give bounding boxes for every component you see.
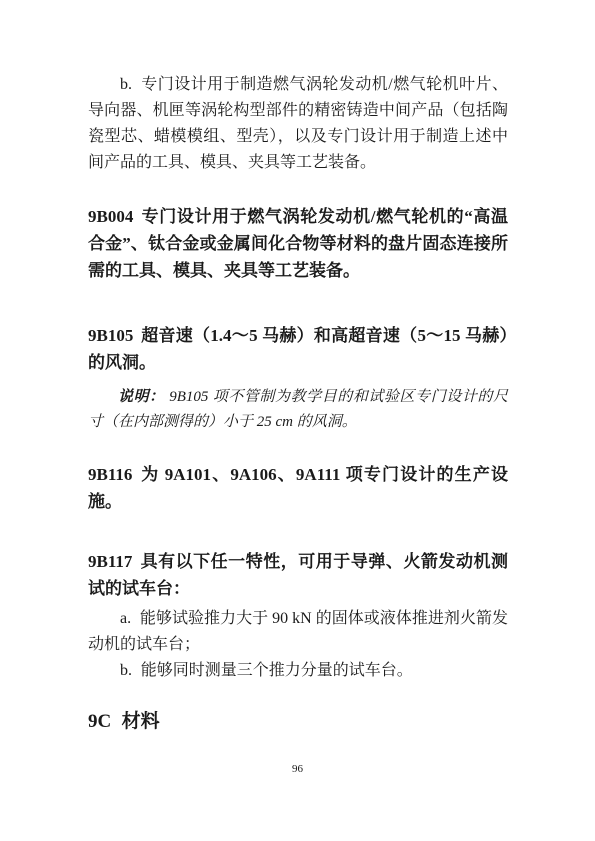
item-b2-label: b. <box>120 662 132 679</box>
entry-9B117-heading: 9B117具有以下任一特性，可用于导弹、火箭发动机测试的试车台： <box>88 548 508 602</box>
entry-9B117-code: 9B117 <box>88 552 132 571</box>
chapter-9C-title: 材料 <box>122 711 160 732</box>
entry-9B116-title: 为 9A101、9A106、9A111 项专门设计的生产设施。 <box>88 465 508 511</box>
entry-9B105-code: 9B105 <box>88 326 133 345</box>
paragraph-item-b-continuation: b.专门设计用于制造燃气涡轮发动机/燃气轮机叶片、导向器、机匣等涡轮构型部件的精… <box>88 72 508 176</box>
chapter-9C-code: 9C <box>88 711 111 732</box>
entry-9B105-note: 说明：9B105 项不管制为教学目的和试验区专门设计的尺寸（在内部测得的）小于 … <box>88 385 508 435</box>
item-b-text: 专门设计用于制造燃气涡轮发动机/燃气轮机叶片、导向器、机匣等涡轮构型部件的精密铸… <box>88 76 508 171</box>
note-label: 说明： <box>118 389 165 405</box>
document-page: b.专门设计用于制造燃气涡轮发动机/燃气轮机叶片、导向器、机匣等涡轮构型部件的精… <box>0 0 595 841</box>
entry-9B105-heading: 9B105超音速（1.4～5 马赫）和高超音速（5～15 马赫）的风洞。 <box>88 322 508 376</box>
entry-9B004-title: 专门设计用于燃气涡轮发动机/燃气轮机的“高温合金”、钛合金或金属间化合物等材料的… <box>88 207 508 280</box>
item-b2-text: 能够同时测量三个推力分量的试车台。 <box>141 662 413 679</box>
entry-9B105-title: 超音速（1.4～5 马赫）和高超音速（5～15 马赫）的风洞。 <box>88 326 508 372</box>
entry-9B004-heading: 9B004专门设计用于燃气涡轮发动机/燃气轮机的“高温合金”、钛合金或金属间化合… <box>88 203 508 284</box>
entry-9B116-code: 9B116 <box>88 465 132 484</box>
entry-9B116-heading: 9B116为 9A101、9A106、9A111 项专门设计的生产设施。 <box>88 461 508 515</box>
entry-9B117-title: 具有以下任一特性，可用于导弹、火箭发动机测试的试车台： <box>88 552 508 598</box>
item-a-label: a. <box>120 610 131 627</box>
entry-9B117-item-b: b.能够同时测量三个推力分量的试车台。 <box>88 658 508 684</box>
item-a-text: 能够试验推力大于 90 kN 的固体或液体推进剂火箭发动机的试车台； <box>88 610 508 653</box>
entry-9B004-code: 9B004 <box>88 207 133 226</box>
entry-9B117-item-a: a.能够试验推力大于 90 kN 的固体或液体推进剂火箭发动机的试车台； <box>88 606 508 658</box>
chapter-9C-heading: 9C材料 <box>88 708 508 736</box>
item-b-label: b. <box>120 76 132 93</box>
page-number: 96 <box>0 763 595 775</box>
